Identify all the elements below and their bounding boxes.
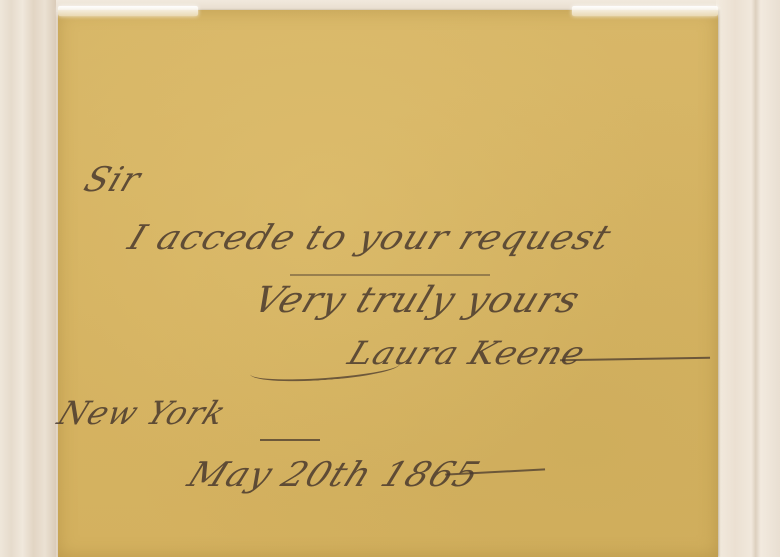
mounting-tape-right	[572, 6, 718, 16]
mounting-tape-left	[58, 6, 198, 16]
letter-place: New York	[52, 394, 232, 432]
frame-right-edge	[716, 0, 780, 557]
letter-date: May 20th 1865	[182, 455, 486, 495]
pen-stroke	[290, 270, 490, 276]
frame-left-edge	[0, 0, 56, 557]
letter-closing: Very truly yours	[248, 280, 586, 321]
place-dash	[260, 436, 320, 441]
letter-body: I accede to your request	[123, 218, 617, 258]
